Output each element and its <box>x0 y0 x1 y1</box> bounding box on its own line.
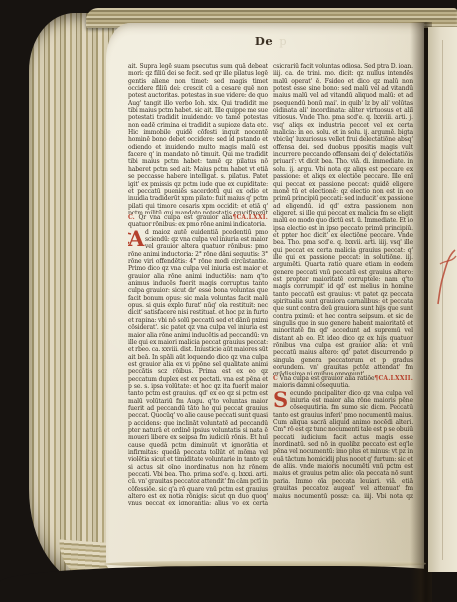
text-block-left-main: Ad maioz autē euidentiā pcedentiū pmo sc… <box>128 229 268 505</box>
initial-pen-flourish <box>128 229 133 298</box>
running-title-text: De <box>255 34 273 48</box>
rubricated-initial-S: S <box>273 391 288 411</box>
photo-backdrop: Dep ait. Supra legē suam psecutus sum qu… <box>0 0 457 602</box>
chapter-number: ¶CA.LXXI. <box>232 214 268 221</box>
text-block-right-rubric: ¶CA.LXXII.C Vna culpa est grauior alia r… <box>273 375 413 390</box>
running-title-showthrough: p <box>273 34 287 48</box>
facing-page-crease <box>442 40 443 560</box>
text-block-right-main1: csicrariū facit voluntas odiosa. Sed ptr… <box>273 63 413 375</box>
running-title: Dep <box>128 34 414 48</box>
rubric-paragraph-mark: C. <box>128 214 138 221</box>
text-columns: ait. Supra legē suam psecutus sum quā de… <box>128 63 414 505</box>
text-column-right: csicrariū facit voluntas odiosa. Sed ptr… <box>273 63 413 505</box>
rubricated-initial-A: A <box>128 230 143 250</box>
text-column-left: ait. Supra legē suam psecutus sum quā de… <box>128 63 268 505</box>
backdrop-bottom-curve <box>0 566 457 602</box>
rubric-paragraph-mark: C <box>273 375 280 382</box>
text-block-left-intro: ait. Supra legē suam psecutus sum quā de… <box>128 63 268 214</box>
chapter-number: ¶CA.LXXII. <box>374 375 413 382</box>
text-block-right-secundo: Secundo pncipaliter dico qz vna culpa ve… <box>273 390 413 500</box>
text-block-left-rubric: ¶CA.LXXI.C. Qr vna culpa est grauior ali… <box>128 214 268 229</box>
